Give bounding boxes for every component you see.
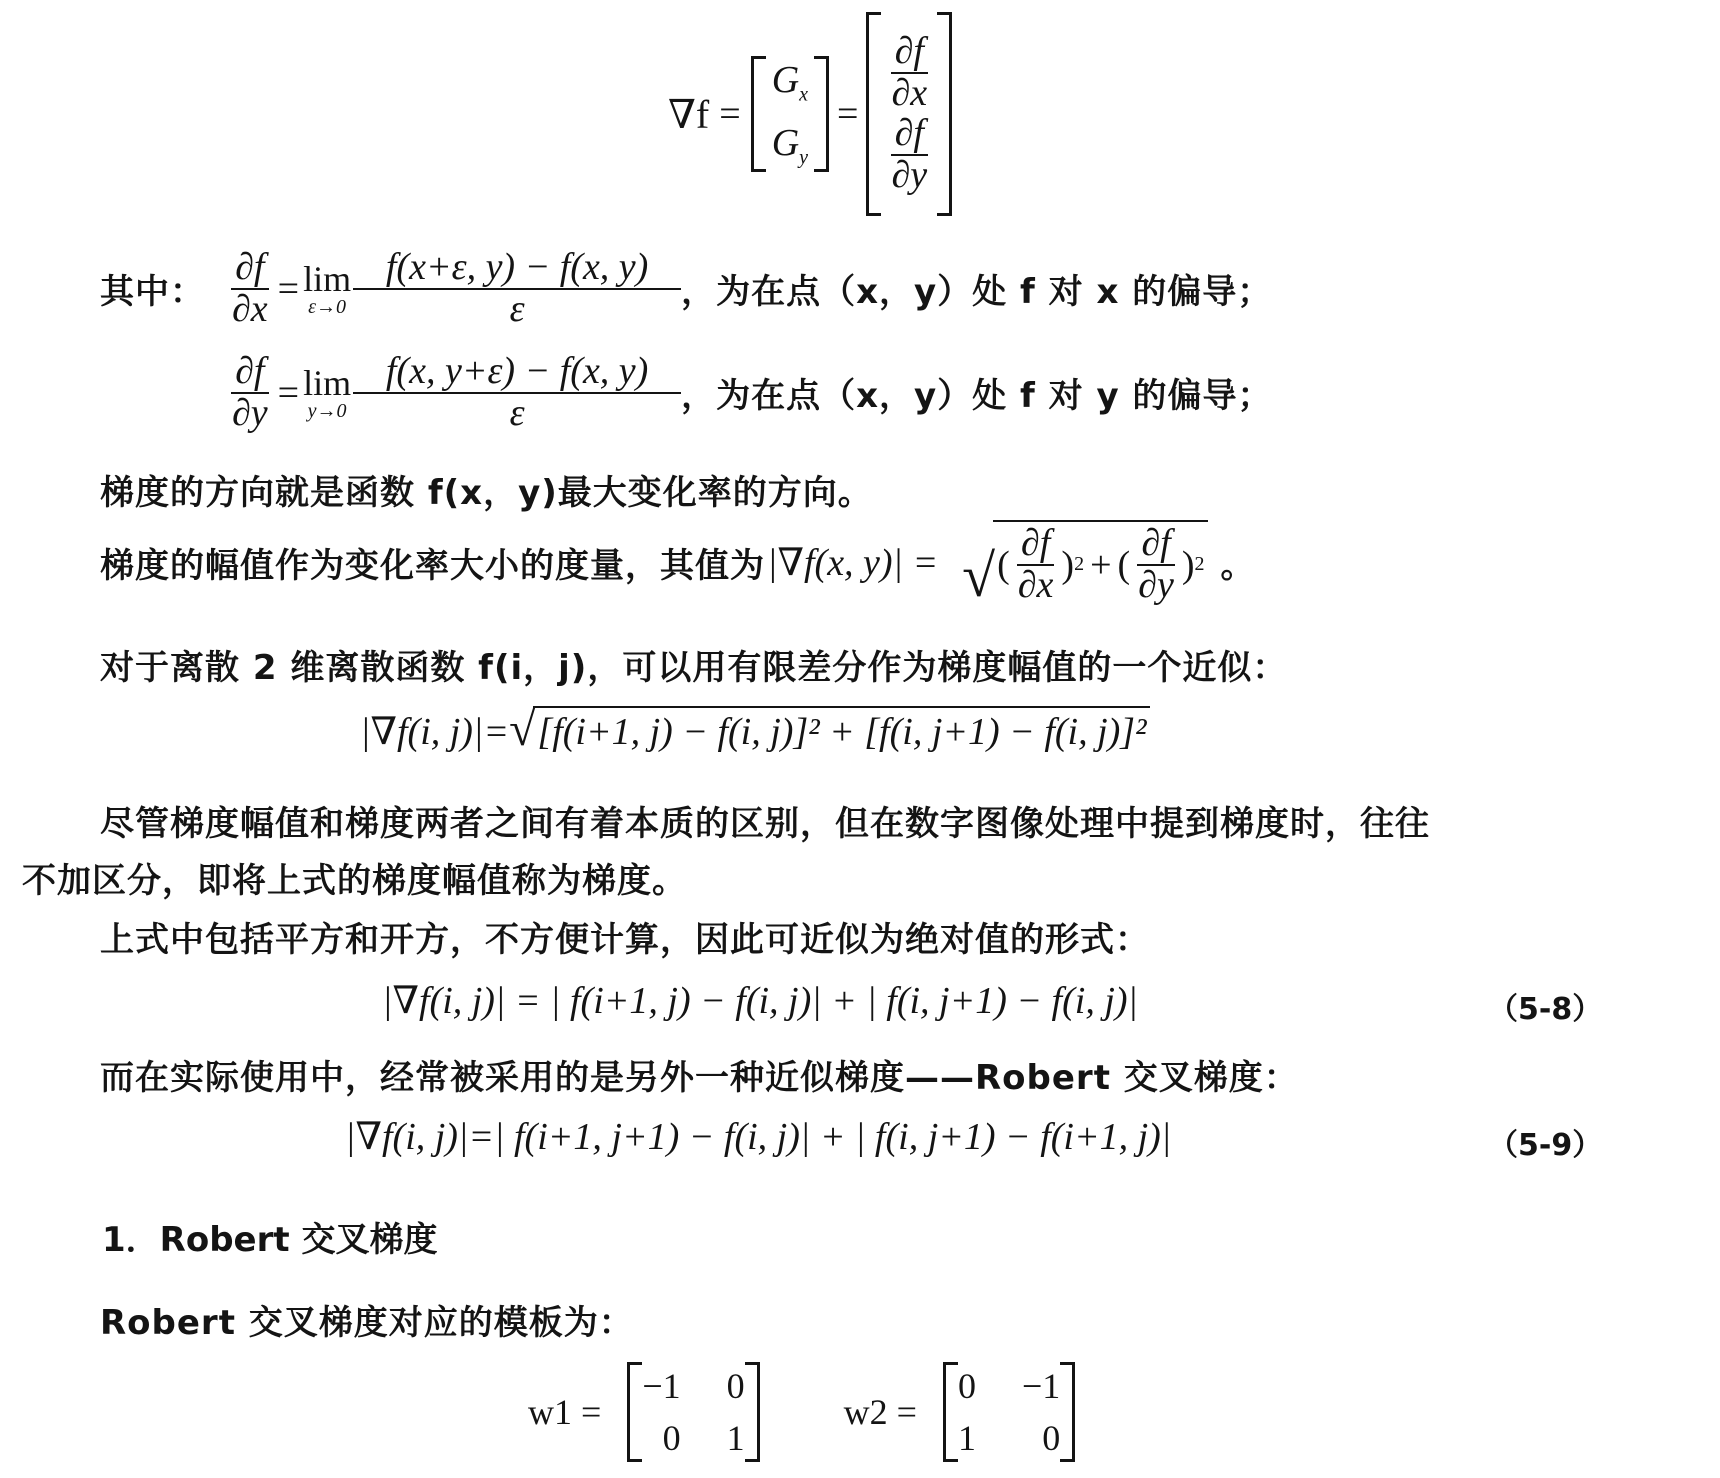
- matrix-cell: 0: [958, 1365, 976, 1407]
- matrix-cell: 0: [1022, 1417, 1060, 1459]
- w2-label: w2 =: [844, 1391, 917, 1433]
- sqrt-icon: √: [509, 706, 535, 754]
- limit-operator: lim ε→0: [303, 261, 351, 317]
- partial-fx: ∂f ∂x: [1014, 524, 1058, 606]
- w1-label: w1 =: [528, 1391, 601, 1433]
- where-label: 其中：: [100, 264, 224, 313]
- matrix-cell: 1: [727, 1417, 745, 1459]
- section-heading: 1．Robert 交叉梯度: [102, 1212, 437, 1261]
- difference-quotient-y: f(x, y+ε) − f(x, y) ε: [357, 352, 677, 434]
- partials-vector: ∂f ∂x ∂f ∂y: [866, 12, 952, 216]
- discrete-magnitude-equation: |∇f(i, j)|= √ [f(i+1, j) − f(i, j)]² + […: [360, 706, 1150, 754]
- partial-x-description: ，为在点（x，y）处 f 对 x 的偏导；: [681, 264, 1272, 313]
- gradient-direction-text: 梯度的方向就是函数 f(x，y)最大变化率的方向。: [100, 465, 873, 514]
- absolute-value-intro-text: 上式中包括平方和开方，不方便计算，因此可近似为绝对值的形式：: [100, 912, 1150, 961]
- equals-sign: =: [278, 371, 299, 415]
- period: 。: [1220, 538, 1255, 587]
- gradient-vector: Gx Gy: [751, 56, 829, 172]
- matrix-cell: 1: [958, 1417, 976, 1459]
- partial-y-lhs: ∂f ∂y: [228, 352, 272, 434]
- matrix-cell: 0: [642, 1417, 680, 1459]
- partial-x-lhs: ∂f ∂x: [228, 248, 272, 330]
- matrix-cell: −1: [642, 1365, 680, 1407]
- magnitude-intro-text: 梯度的幅值作为变化率大小的度量，其值为: [100, 538, 765, 587]
- equation-5-9: |∇f(i, j)|=| f(i+1, j+1) − f(i, j)| + | …: [345, 1114, 1171, 1159]
- magnitude-lhs: |∇f(x, y)| =: [767, 540, 938, 585]
- partial-y-definition: ∂f ∂y = lim y→0 f(x, y+ε) − f(x, y) ε ，为…: [224, 352, 1273, 434]
- equals-sign: =: [719, 92, 740, 136]
- equals-sign: =: [278, 267, 299, 311]
- discrete-intro-text: 对于离散 2 维离散函数 f(i，j)，可以用有限差分作为梯度幅值的一个近似：: [100, 640, 1287, 689]
- gradient-magnitude-line: 梯度的幅值作为变化率大小的度量，其值为 |∇f(x, y)| = √ ( ∂f …: [100, 520, 1255, 606]
- robert-intro-text: 而在实际使用中，经常被采用的是另外一种近似梯度——Robert 交叉梯度：: [100, 1050, 1299, 1099]
- w1-matrix: −1 0 0 1: [627, 1362, 759, 1462]
- magnitude-sqrt: √ ( ∂f ∂x )2 + ( ∂f ∂y )2: [962, 520, 1208, 606]
- discrete-sqrt: √ [f(i+1, j) − f(i, j)]² + [f(i, j+1) − …: [509, 706, 1150, 754]
- equation-5-8: |∇f(i, j)| = | f(i+1, j) − f(i, j)| + | …: [382, 978, 1138, 1023]
- partial-fy: ∂f ∂y: [887, 114, 931, 196]
- robert-templates: w1 = −1 0 0 1 w2 = 0 −1 1 0: [528, 1362, 1075, 1462]
- w2-matrix: 0 −1 1 0: [943, 1362, 1075, 1462]
- vector-entry-gy: Gy: [772, 121, 808, 170]
- partial-fx: ∂f ∂x: [887, 32, 931, 114]
- equation-number-5-8: （5-8）: [1488, 984, 1602, 1028]
- discrete-radicand: [f(i+1, j) − f(i, j)]² + [f(i, j+1) − f(…: [533, 706, 1150, 754]
- partial-x-definition: 其中： ∂f ∂x = lim ε→0 f(x+ε, y) − f(x, y) …: [100, 248, 1272, 330]
- partial-y-description: ，为在点（x，y）处 f 对 y 的偏导；: [681, 368, 1272, 417]
- equation-number-5-9: （5-9）: [1488, 1120, 1602, 1164]
- matrix-cell: −1: [1022, 1365, 1060, 1407]
- sqrt-icon: √: [962, 546, 995, 606]
- equals-sign: =: [837, 92, 858, 136]
- distinction-paragraph-line2: 不加区分，即将上式的梯度幅值称为梯度。: [22, 853, 687, 902]
- gradient-lhs: ∇f: [668, 91, 709, 138]
- discrete-lhs: |∇f(i, j)|=: [360, 709, 509, 754]
- difference-quotient-x: f(x+ε, y) − f(x, y) ε: [357, 248, 677, 330]
- partial-fy: ∂f ∂y: [1134, 524, 1178, 606]
- vector-entry-gx: Gx: [772, 58, 808, 107]
- limit-operator: lim y→0: [303, 365, 351, 421]
- distinction-paragraph-line1: 尽管梯度幅值和梯度两者之间有着本质的区别，但在数字图像处理中提到梯度时，往往: [100, 796, 1430, 845]
- matrix-cell: 0: [727, 1365, 745, 1407]
- gradient-definition-equation: ∇f = Gx Gy = ∂f ∂x ∂f ∂y: [668, 12, 952, 216]
- template-intro-text: Robert 交叉梯度对应的模板为：: [100, 1295, 634, 1344]
